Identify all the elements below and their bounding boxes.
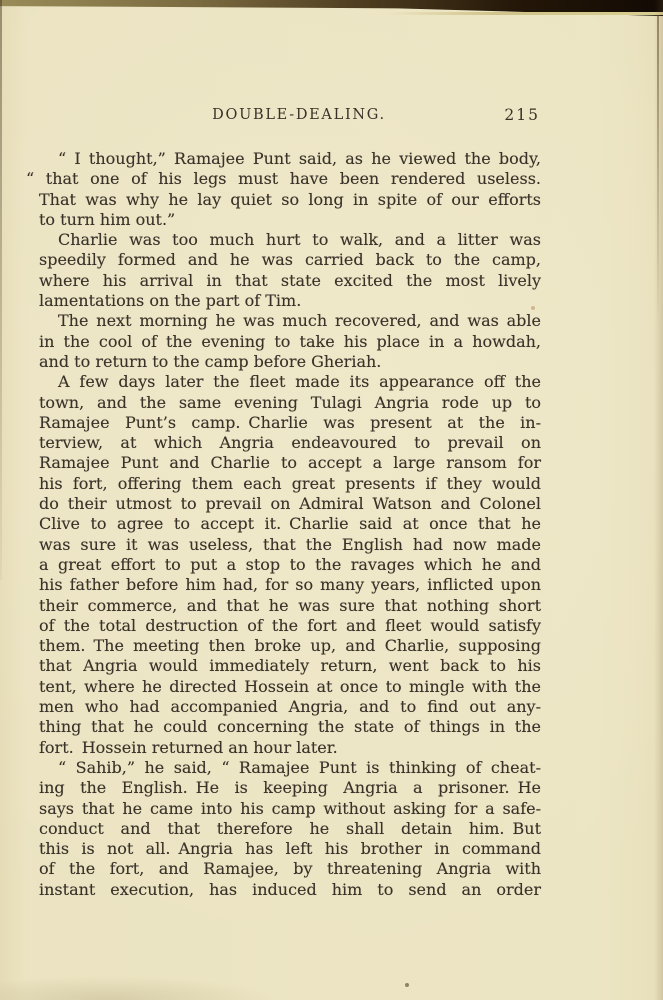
text-line: of the fort, and Ramajee, by threatening… [39, 859, 541, 879]
text-line: conduct and that therefore he shall deta… [39, 819, 541, 839]
text-line: A few days later the fleet made its appe… [39, 372, 541, 392]
text-line: speedily formed and he was carried back … [39, 250, 541, 270]
text-line: Ramajee Punt’s camp. Charlie was present… [39, 413, 541, 433]
text-line: terview, at which Angria endeavoured to … [39, 433, 541, 453]
text-line: tent, where he directed Hossein at once … [39, 677, 541, 697]
text-line: Clive to agree to accept it. Charlie sai… [39, 514, 541, 534]
text-line: That was why he lay quiet so long in spi… [39, 190, 541, 210]
text-line: where his arrival in that state excited … [39, 271, 541, 291]
text-line: thing that he could concerning the state… [39, 717, 541, 737]
text-line: a great effort to put a stop to the rava… [39, 555, 541, 575]
page-header: DOUBLE-DEALING. 215 [39, 107, 541, 128]
running-title: DOUBLE-DEALING. [39, 107, 541, 123]
page-content: DOUBLE-DEALING. 215 “ I thought,” Ramaje… [39, 107, 541, 900]
text-line: fort. Hossein returned an hour later. [39, 738, 541, 758]
paper-speck [405, 983, 409, 987]
text-line: says that he came into his camp without … [39, 799, 541, 819]
text-line: of the total destruction of the fort and… [39, 616, 541, 636]
page-number: 215 [504, 106, 540, 124]
page-body: “ I thought,” Ramajee Punt said, as he v… [39, 149, 541, 900]
text-line: ing the English. He is keeping Angria a … [39, 778, 541, 798]
text-line: his father before him had, for so many y… [39, 575, 541, 595]
page-edge-glint [385, 12, 663, 15]
paragraph: Charlie was too much hurt to walk, and a… [39, 230, 541, 311]
text-line: and to return to the camp before Gheriah… [39, 352, 541, 372]
text-line: their commerce, and that he was sure tha… [39, 596, 541, 616]
text-line: town, and the same evening Tulagi Angria… [39, 393, 541, 413]
text-line: them. The meeting then broke up, and Cha… [39, 636, 541, 656]
text-line: to turn him out.” [39, 210, 541, 230]
text-line: “ I thought,” Ramajee Punt said, as he v… [39, 149, 541, 169]
paragraph: The next morning he was much recovered, … [39, 311, 541, 372]
scan-bottom-smudge [0, 972, 385, 1000]
text-line: lamentations on the part of Tim. [39, 291, 541, 311]
scan-right-edge [657, 15, 659, 325]
text-line: “ that one of his legs must have been re… [39, 169, 541, 189]
text-line: do their utmost to prevail on Admiral Wa… [39, 494, 541, 514]
text-line: men who had accompanied Angria, and to f… [39, 697, 541, 717]
text-line: his fort, offering them each great prese… [39, 474, 541, 494]
text-line: Ramajee Punt and Charlie to accept a lar… [39, 453, 541, 473]
text-line: that Angria would immediately return, we… [39, 656, 541, 676]
paragraph: “ I thought,” Ramajee Punt said, as he v… [39, 149, 541, 230]
paragraph: “ Sahib,” he said, “ Ramajee Punt is thi… [39, 758, 541, 900]
text-line: instant execution, has induced him to se… [39, 880, 541, 900]
text-line: in the cool of the evening to take his p… [39, 332, 541, 352]
text-line: Charlie was too much hurt to walk, and a… [39, 230, 541, 250]
text-line: this is not all. Angria has left his bro… [39, 839, 541, 859]
book-page: DOUBLE-DEALING. 215 “ I thought,” Ramaje… [0, 0, 663, 1000]
text-line: was sure it was useless, that the Englis… [39, 535, 541, 555]
text-line: “ Sahib,” he said, “ Ramajee Punt is thi… [39, 758, 541, 778]
text-line: The next morning he was much recovered, … [39, 311, 541, 331]
paragraph: A few days later the fleet made its appe… [39, 372, 541, 758]
scan-left-edge [0, 0, 2, 580]
